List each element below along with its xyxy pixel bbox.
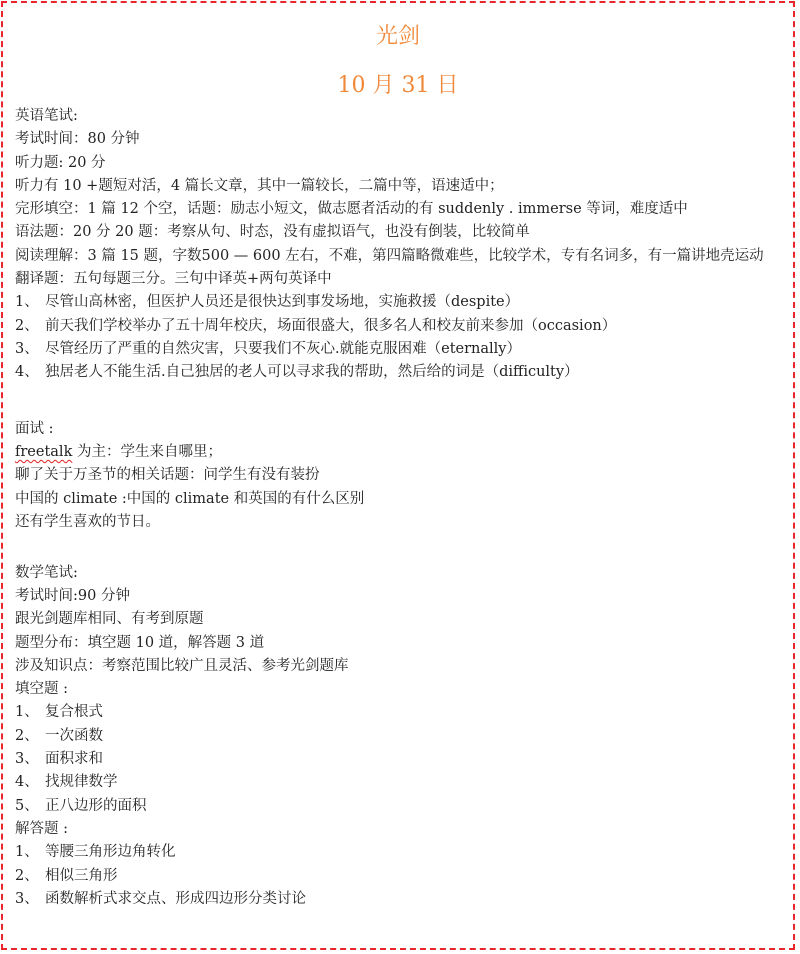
item-number: 3、 bbox=[15, 748, 45, 771]
item-text: 一次函数 bbox=[45, 728, 103, 744]
translation-item: 3、尽管经历了严重的自然灾害，只要我们不灰心.就能克服困难（eternally） bbox=[15, 338, 785, 361]
english-line: 语法题：20 分 20 题：考察从句、时态，没有虚拟语气，也没有倒装，比较简单 bbox=[15, 221, 785, 244]
english-line: 翻译题：五句每题三分。三句中译英+两句英译中 bbox=[15, 268, 785, 291]
spacer bbox=[15, 385, 785, 408]
section-heading-math: 数学笔试: bbox=[15, 562, 785, 585]
item-number: 3、 bbox=[15, 338, 45, 361]
answer-item: 3、函数解析式求交点、形成四边形分类讨论 bbox=[15, 888, 785, 911]
math-line: 涉及知识点：考察范围比较广且灵活、参考光剑题库 bbox=[15, 655, 785, 678]
item-text: 等腰三角形边角转化 bbox=[45, 844, 176, 860]
english-line: 考试时间：80 分钟 bbox=[15, 128, 785, 151]
item-text: 前天我们学校举办了五十周年校庆，场面很盛大，很多名人和校友前来参加（occasi… bbox=[45, 318, 616, 334]
section-heading-interview: 面试 : bbox=[15, 418, 785, 441]
english-line: 听力有 10 +题短对活，4 篇长文章，其中一篇较长，二篇中等，语速适中； bbox=[15, 175, 785, 198]
interview-line: 中国的 climate :中国的 climate 和英国的有什么区别 bbox=[15, 488, 785, 511]
math-line: 考试时间:90 分钟 bbox=[15, 585, 785, 608]
translation-item: 1、尽管山高林密，但医护人员还是很快达到事发场地，实施救援（despite） bbox=[15, 291, 785, 314]
translation-item: 2、前天我们学校举办了五十周年校庆，场面很盛大，很多名人和校友前来参加（occa… bbox=[15, 315, 785, 338]
math-line: 跟光剑题库相同、有考到原题 bbox=[15, 608, 785, 631]
item-text: 复合根式 bbox=[45, 704, 103, 720]
item-text: 找规律数学 bbox=[45, 774, 118, 790]
answer-heading: 解答题 : bbox=[15, 818, 785, 841]
item-text: 正八边形的面积 bbox=[45, 798, 147, 814]
document-page: 光剑 10 月 31 日 英语笔试: 考试时间：80 分钟 听力题: 20 分 … bbox=[1, 1, 795, 950]
item-number: 4、 bbox=[15, 361, 45, 384]
item-number: 1、 bbox=[15, 291, 45, 314]
item-text: 相似三角形 bbox=[45, 868, 118, 884]
fill-item: 5、正八边形的面积 bbox=[15, 795, 785, 818]
spacer bbox=[15, 408, 785, 418]
spellcheck-word[interactable]: freetalk bbox=[15, 444, 72, 460]
interview-text: 为主：学生来自哪里； bbox=[72, 444, 222, 460]
item-number: 2、 bbox=[15, 865, 45, 888]
english-line: 阅读理解：3 篇 15 题，字数500 — 600 左右，不难，第四篇略微难些，… bbox=[15, 245, 785, 268]
interview-line: freetalk 为主：学生来自哪里； bbox=[15, 441, 785, 464]
translation-item: 4、独居老人不能生活.自己独居的老人可以寻求我的帮助，然后给的词是（diffic… bbox=[15, 361, 785, 384]
fill-item: 3、面积求和 bbox=[15, 748, 785, 771]
fill-item: 4、找规律数学 bbox=[15, 771, 785, 794]
interview-line: 聊了关于万圣节的相关话题：问学生有没有装扮 bbox=[15, 464, 785, 487]
item-number: 2、 bbox=[15, 315, 45, 338]
answer-item: 1、等腰三角形边角转化 bbox=[15, 841, 785, 864]
item-number: 2、 bbox=[15, 725, 45, 748]
document-date: 10 月 31 日 bbox=[3, 68, 793, 99]
item-text: 面积求和 bbox=[45, 751, 103, 767]
answer-item: 2、相似三角形 bbox=[15, 865, 785, 888]
section-heading-english: 英语笔试: bbox=[15, 105, 785, 128]
item-text: 尽管经历了严重的自然灾害，只要我们不灰心.就能克服困难（eternally） bbox=[45, 341, 521, 357]
item-number: 1、 bbox=[15, 701, 45, 724]
document-title: 光剑 bbox=[3, 19, 793, 50]
item-text: 尽管山高林密，但医护人员还是很快达到事发场地，实施救援（despite） bbox=[45, 294, 519, 310]
math-line: 题型分布：填空题 10 道，解答题 3 道 bbox=[15, 632, 785, 655]
item-number: 3、 bbox=[15, 888, 45, 911]
item-number: 5、 bbox=[15, 795, 45, 818]
item-number: 4、 bbox=[15, 771, 45, 794]
english-line: 完形填空：1 篇 12 个空，话题：励志小短文，做志愿者活动的有 suddenl… bbox=[15, 198, 785, 221]
fill-item: 1、复合根式 bbox=[15, 701, 785, 724]
item-number: 1、 bbox=[15, 841, 45, 864]
fill-heading: 填空题 : bbox=[15, 678, 785, 701]
spacer bbox=[15, 534, 785, 557]
document-body: 英语笔试: 考试时间：80 分钟 听力题: 20 分 听力有 10 +题短对活，… bbox=[15, 105, 785, 911]
item-text: 函数解析式求交点、形成四边形分类讨论 bbox=[45, 891, 306, 907]
interview-line: 还有学生喜欢的节日。 bbox=[15, 511, 785, 534]
english-line: 听力题: 20 分 bbox=[15, 152, 785, 175]
fill-item: 2、一次函数 bbox=[15, 725, 785, 748]
item-text: 独居老人不能生活.自己独居的老人可以寻求我的帮助，然后给的词是（difficul… bbox=[45, 364, 579, 380]
